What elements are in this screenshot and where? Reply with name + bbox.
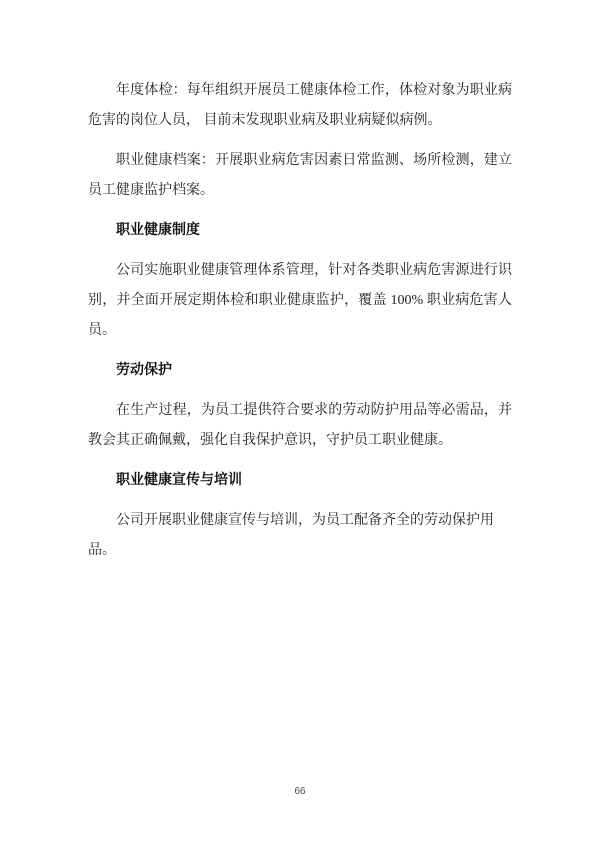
paragraph-health-archive: 职业健康档案：开展职业病危害因素日常监测、场所检测，建立 员工健康监护档案。	[88, 146, 512, 206]
text-line: 员。	[88, 316, 512, 346]
section-heading-occupational-health-system: 职业健康制度	[88, 216, 512, 246]
text-line: 别，并全面开展定期体检和职业健康监护，覆盖 100% 职业病危害人	[88, 286, 512, 316]
text-line: 员工健康监护档案。	[88, 176, 512, 206]
paragraph-publicity-training: 公司开展职业健康宣传与培训，为员工配备齐全的劳动保护用品。	[88, 506, 512, 566]
paragraph-labor-protection: 在生产过程，为员工提供符合要求的劳动防护用品等必需品，并 教会其正确佩戴，强化自…	[88, 396, 512, 456]
text-line: 公司开展职业健康宣传与培训，为员工配备齐全的劳动保护用品。	[88, 506, 512, 566]
text-line: 教会其正确佩戴，强化自我保护意识，守护员工职业健康。	[88, 426, 512, 456]
section-heading-labor-protection: 劳动保护	[88, 356, 512, 386]
text-line: 在生产过程，为员工提供符合要求的劳动防护用品等必需品，并	[88, 396, 512, 426]
section-heading-publicity-training: 职业健康宣传与培训	[88, 466, 512, 496]
paragraph-health-system: 公司实施职业健康管理体系管理，针对各类职业病危害源进行识 别，并全面开展定期体检…	[88, 256, 512, 346]
text-line: 公司实施职业健康管理体系管理，针对各类职业病危害源进行识	[88, 256, 512, 286]
page-number: 66	[0, 783, 600, 801]
document-body: 年度体检：每年组织开展员工健康体检工作，体检对象为职业病 危害的岗位人员， 目前…	[88, 76, 512, 576]
text-line: 职业健康档案：开展职业病危害因素日常监测、场所检测，建立	[88, 146, 512, 176]
document-page: 年度体检：每年组织开展员工健康体检工作，体检对象为职业病 危害的岗位人员， 目前…	[0, 0, 600, 848]
text-line: 危害的岗位人员， 目前未发现职业病及职业病疑似病例。	[88, 106, 512, 136]
paragraph-annual-checkup: 年度体检：每年组织开展员工健康体检工作，体检对象为职业病 危害的岗位人员， 目前…	[88, 76, 512, 136]
text-line: 年度体检：每年组织开展员工健康体检工作，体检对象为职业病	[88, 76, 512, 106]
